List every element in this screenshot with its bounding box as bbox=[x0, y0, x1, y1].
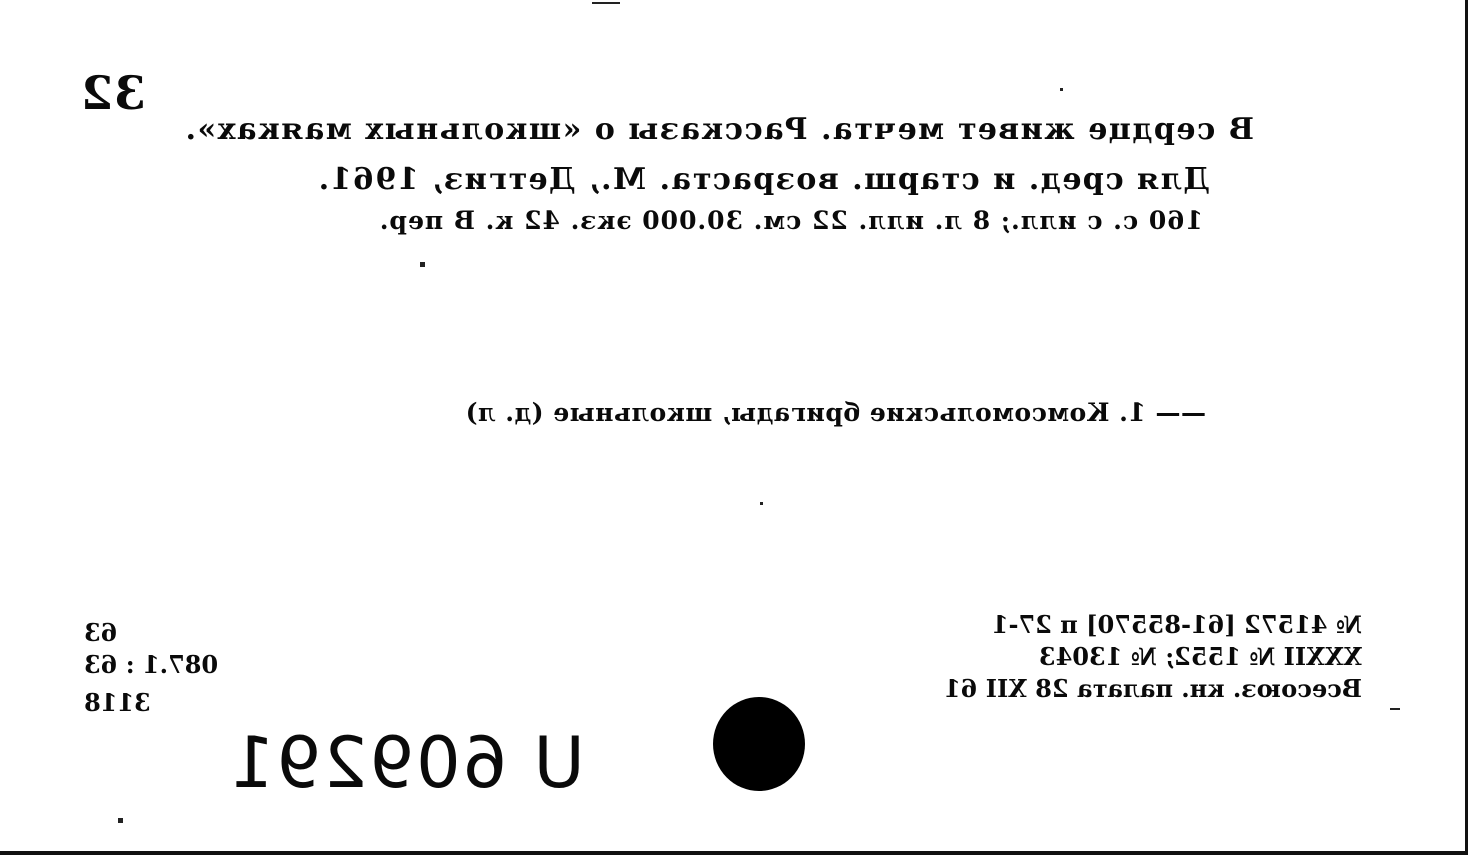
speck bbox=[1060, 88, 1063, 91]
physical-description-line: 160 с. с илл.; 8 л. илл. 22 см. 30.000 э… bbox=[158, 206, 1203, 235]
control-line-2: XXXII № 1552; № 13043 bbox=[944, 642, 1362, 671]
handwritten-number: U 609291 bbox=[228, 722, 585, 804]
catalog-card: 32 В сердце живет мечта. Рассказы о «шко… bbox=[0, 0, 1472, 856]
punch-hole bbox=[713, 697, 805, 791]
class-code-2: 087.1 : 63 bbox=[84, 650, 218, 679]
control-line-1: № 41572 [61-85570] п 27-1 bbox=[884, 610, 1362, 639]
subject-heading: —— 1. Комсомольские бригады, школьные (д… bbox=[430, 398, 1206, 427]
speck bbox=[420, 262, 425, 267]
speck bbox=[118, 818, 123, 823]
class-code-1: 63 bbox=[84, 618, 117, 647]
control-line-3: Всесоюз. кн. палата 28 XII 61 bbox=[838, 674, 1362, 703]
speck bbox=[1390, 708, 1400, 710]
speck bbox=[760, 502, 763, 505]
title-line: В сердце живет мечта. Рассказы о «школьн… bbox=[84, 112, 1254, 147]
audience-imprint-line: Для сред. и старш. возраста. М., Детгиз,… bbox=[118, 162, 1210, 197]
scan-mark bbox=[592, 2, 620, 4]
class-code-3: 3118 bbox=[84, 688, 151, 717]
card-edge-bottom bbox=[0, 851, 1468, 855]
card-edge-right bbox=[1465, 0, 1468, 852]
